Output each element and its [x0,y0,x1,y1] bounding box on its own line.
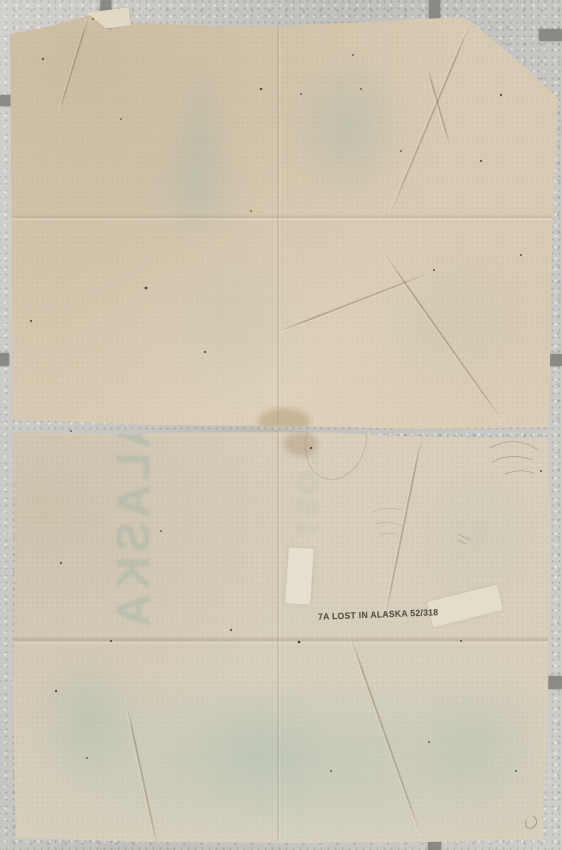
crease-line [59,19,89,111]
ghost-patch [192,694,324,810]
fold-stain [284,432,318,456]
red-pencil-scribble [372,508,402,535]
crease-line [280,273,428,332]
pencil-scribble [490,442,538,474]
ghost-patch [166,246,308,408]
grout-line [549,354,562,366]
crease-line [127,709,158,849]
pencil-mark [526,816,537,828]
foxing-specks [0,0,2,2]
archive-stamp-text: 7A LOST IN ALASKA 52/318 [318,606,458,622]
crease-line [384,436,422,620]
ghost-patch [412,684,534,810]
ghost-figure-showthrough [170,56,230,234]
crease-line [427,69,450,146]
ghost-face-showthrough [290,50,406,202]
ghost-title-text: LOST IN [294,451,322,589]
pencil-dash [458,534,470,544]
horizontal-fold-line [12,637,548,644]
ghost-artwork-band [22,686,542,832]
ghost-patch [374,254,526,386]
tape-residue [285,547,314,605]
ghost-figure-showthrough [138,142,250,246]
horizontal-fold-line [10,214,552,221]
grout-line [539,29,562,41]
ghost-figure-showthrough [38,650,140,792]
photo-poster-back-on-tile-floor: ALASKA LOST IN 7A LOST IN ALASKA 52/318 [0,0,562,850]
crease-line [389,24,470,214]
ghost-patch [418,468,540,610]
crease-line [349,634,421,834]
vertical-fold-line [277,430,281,842]
grout-line [0,353,9,366]
vertical-fold-line [277,18,281,428]
tape-residue [427,585,503,628]
ghost-title-text: ALASKA [110,415,156,631]
crease-line [383,252,504,422]
